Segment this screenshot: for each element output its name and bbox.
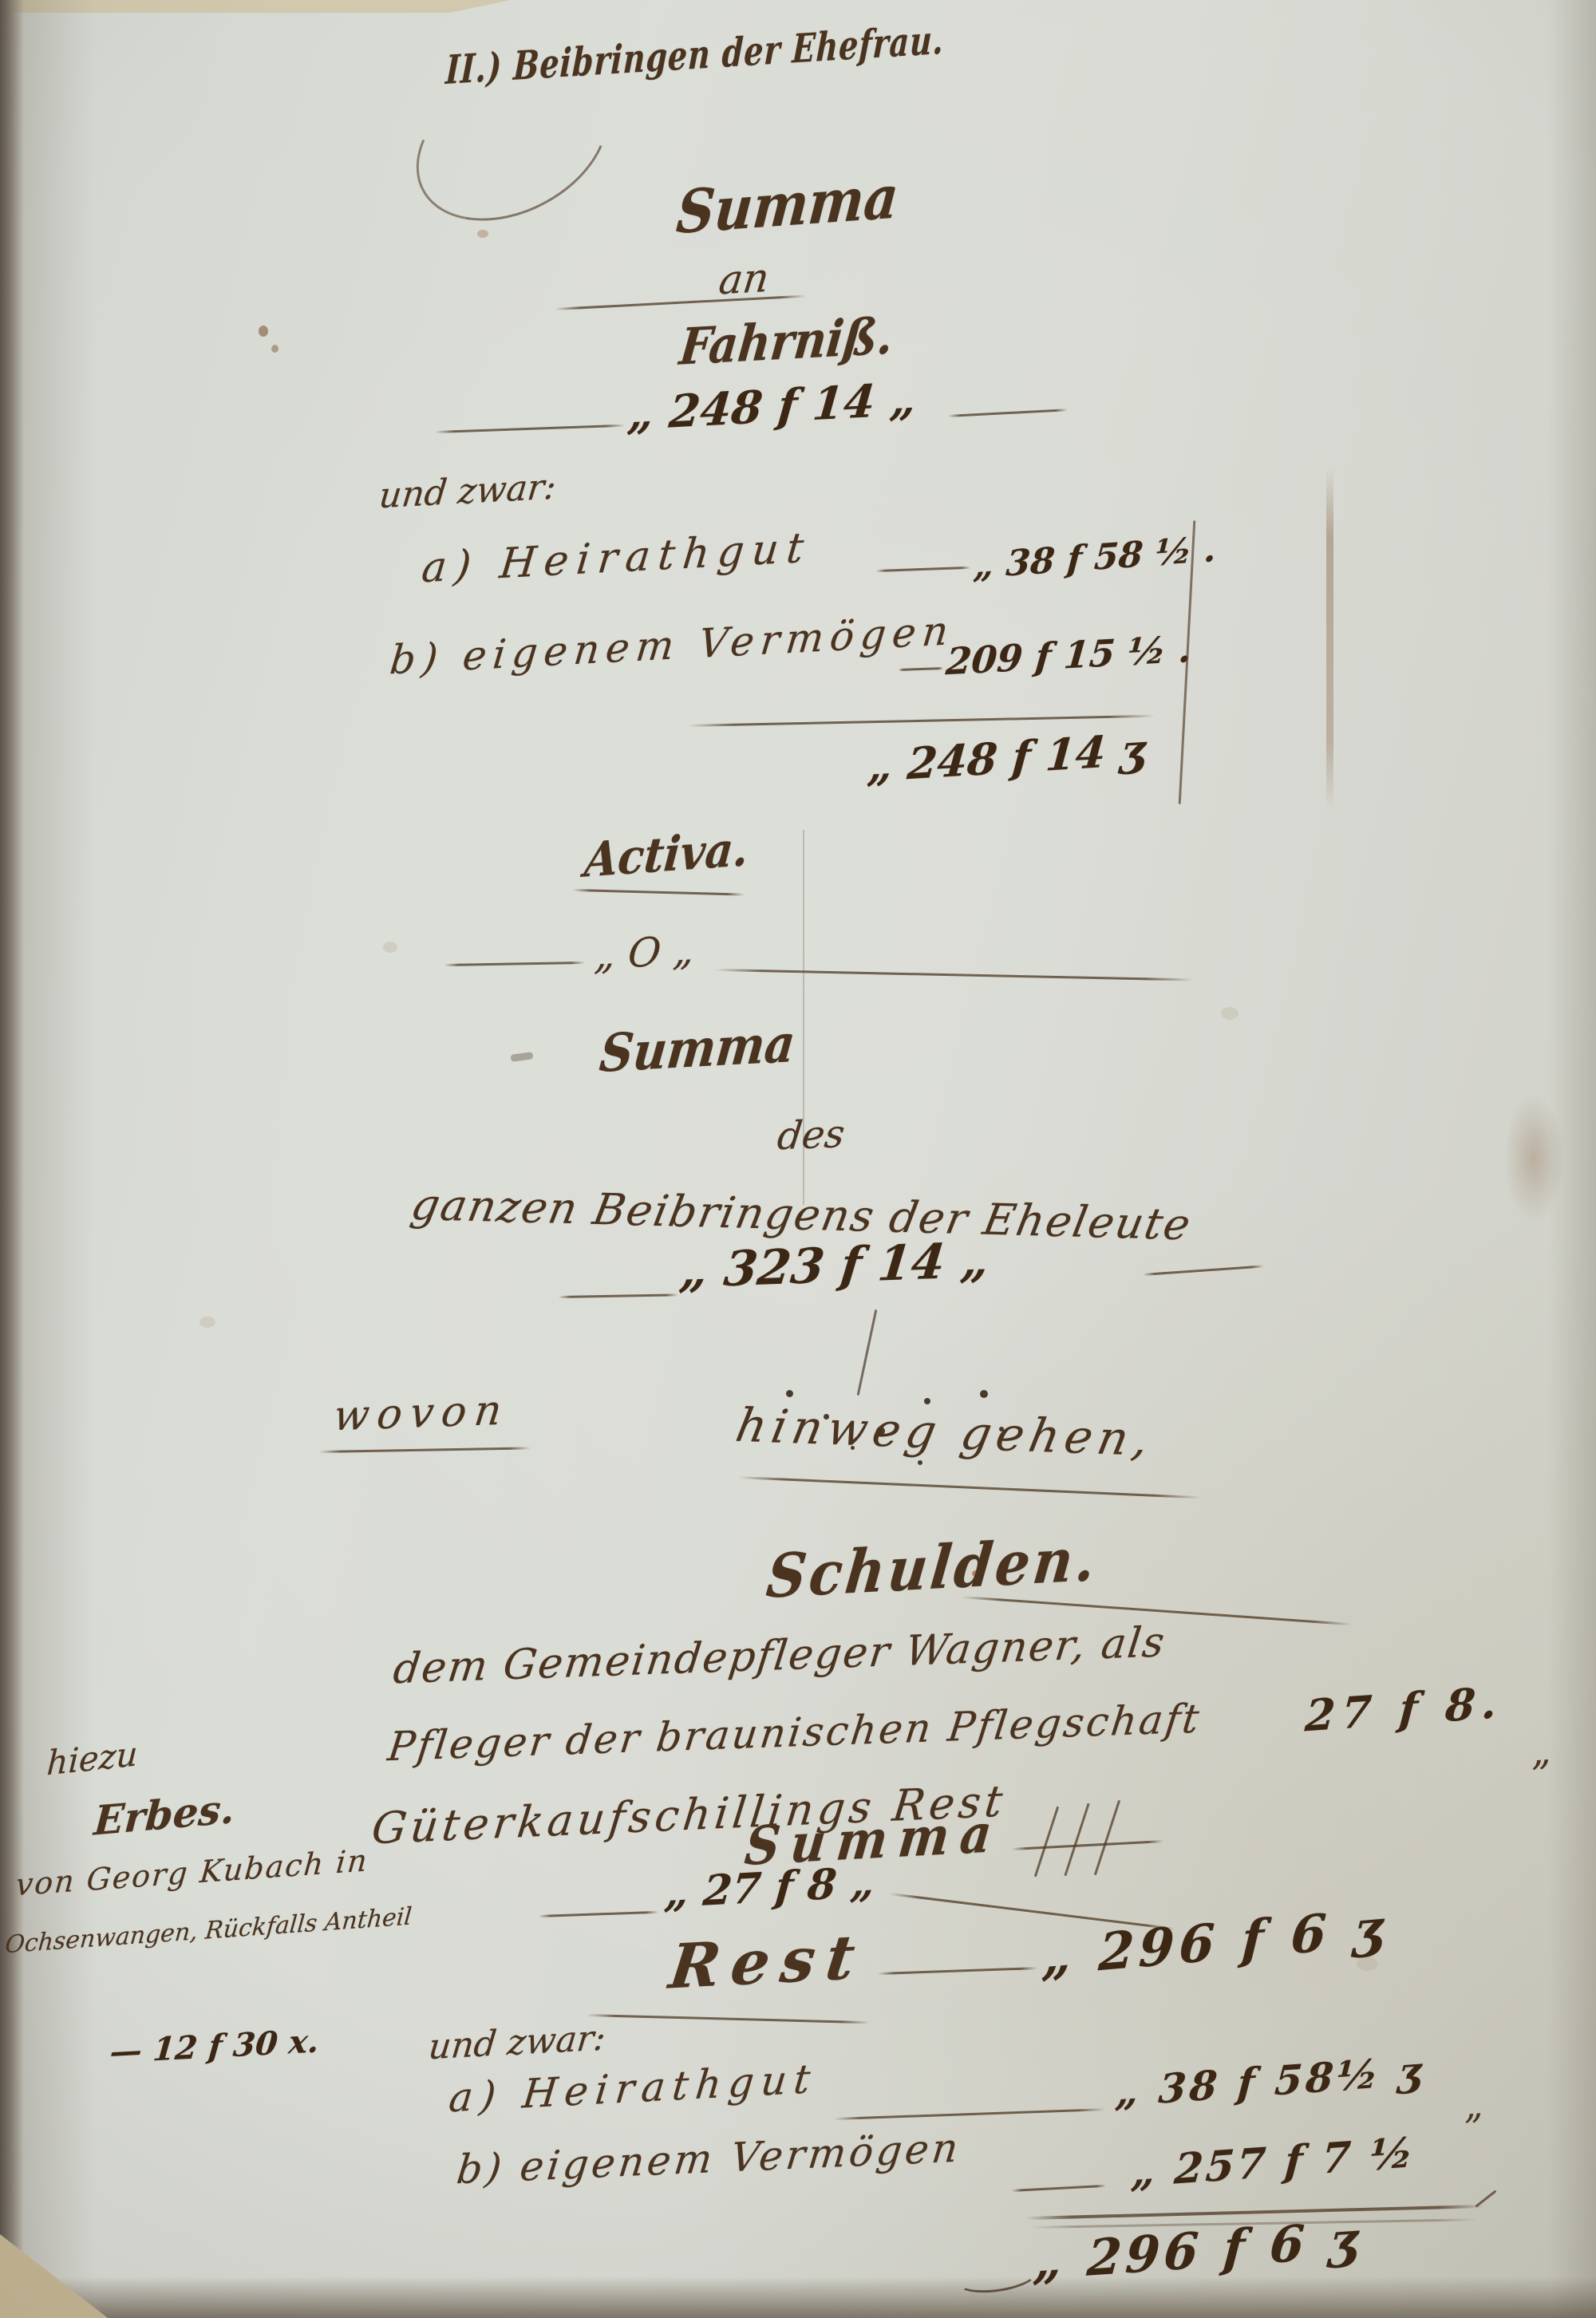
breakdown1-item-b-amount: 209 f 15 ½ .	[944, 627, 1193, 683]
ink-spatter	[786, 1390, 793, 1397]
foxing-spot	[383, 942, 397, 953]
schulden-dash	[1012, 1840, 1163, 1850]
book-gutter-shadow	[0, 0, 24, 2318]
breakdown2-item-b-label: b) eigenem Vermögen	[454, 2124, 963, 2193]
right-edge-shade	[1548, 0, 1596, 2318]
summa-schulden-dash-left	[539, 1911, 658, 1917]
schulden-line1: dem Gemeindepfleger Wagner, als	[391, 1618, 1169, 1693]
total-leading-swash	[954, 2257, 1039, 2297]
flourish-slash	[1064, 1803, 1089, 1876]
summa-schulden-amount: „ 27 f 8 „	[663, 1858, 877, 1917]
margin-note-line4: Ochsenwangen, Rückfalls Antheil	[4, 1902, 413, 1959]
gesamt-dash-right	[1143, 1265, 1264, 1276]
item-a-dash	[876, 567, 970, 572]
margin-note-line2: Erbes.	[93, 1785, 236, 1845]
item-b2-dash	[1012, 2185, 1106, 2192]
activa-amount: „ O „	[593, 926, 697, 978]
wovon-label: wovon	[331, 1386, 512, 1440]
breakdown1-total: „ 248 f 14 ʒ	[866, 724, 1147, 792]
item-a2-dash	[834, 2108, 1105, 2120]
ink-spatter	[924, 1398, 930, 1404]
bottom-shadow-strip	[0, 2277, 1596, 2318]
hinweg-label: hinweg gehen,	[732, 1398, 1159, 1467]
margin-note-line1: hiezu	[45, 1734, 138, 1783]
breakdown1-item-a-label: a) Heirathgut	[420, 523, 814, 592]
rest-label: Rest	[666, 1921, 870, 2003]
bottom-left-corner	[0, 2198, 108, 2318]
stain	[271, 345, 279, 353]
schulden-line2: Pfleger der braunischen Pflegschaft	[385, 1695, 1204, 1770]
gutter-soft-shadow	[0, 0, 96, 2318]
breakdown1-item-a-amount: „ 38 f 58 ½ .	[972, 529, 1217, 587]
item-b-dash	[899, 667, 943, 671]
breakdown2-item-b-amount: „ 257 f 7 ½	[1130, 2128, 1417, 2197]
ink-spatter	[918, 1460, 922, 1465]
amount-dash-right	[948, 409, 1068, 417]
schulden-amount: 27 f 8.	[1303, 1676, 1504, 1742]
schulden-title: Schulden.	[764, 1524, 1102, 1612]
summa-gesamt-amount: „ 323 f 14 „	[678, 1232, 992, 1299]
wovon-underline	[319, 1447, 531, 1453]
summa-fahrnis-category: Fahrniß.	[677, 306, 896, 377]
foxing-spot	[199, 1317, 215, 1328]
stain	[477, 230, 488, 238]
ink-spatter	[980, 1390, 988, 1398]
flourish-slash	[1094, 1800, 1120, 1875]
activa-underline	[573, 889, 745, 896]
rest-dash	[878, 1967, 1037, 1975]
breakdown1-item-b-label: b) eigenem Vermögen	[388, 607, 957, 683]
zero-dash-right	[715, 969, 1194, 981]
schulden-amount-ditto: „	[1529, 1728, 1552, 1775]
summa-fahrnis-connector: an	[717, 255, 772, 304]
summa-gesamt-des: des	[775, 1112, 847, 1159]
breakdown2-total: „ 296 f 6 ʒ	[1032, 2209, 1364, 2291]
smudge	[1504, 1095, 1564, 1222]
zero-dash-left	[444, 962, 585, 966]
breakdown2-item-a-ditto: „	[1462, 2083, 1484, 2127]
margin-note-line3: von Georg Kubach in	[14, 1842, 369, 1902]
summa-gesamt-title: Summa	[597, 1013, 798, 1084]
gesamt-dash-left	[559, 1293, 678, 1298]
stain	[259, 326, 268, 337]
manuscript-page: II.) Beibringen der Ehefrau. Summa an Fa…	[0, 0, 1596, 2318]
pencil-scribble	[511, 1052, 534, 1062]
photo-top-edge	[0, 0, 511, 13]
summa-fahrnis-title: Summa	[674, 162, 901, 248]
sum-rule-1	[688, 715, 1155, 727]
section-heading: II.) Beibringen der Ehefrau.	[444, 16, 945, 93]
summa-fahrnis-amount: „ 248 f 14 „	[626, 373, 918, 440]
breakdown1-intro: und zwar:	[377, 466, 559, 516]
breakdown2-item-a-label: a) Heirathgut	[447, 2055, 820, 2122]
ink-streak	[1326, 468, 1333, 811]
breakdown2-intro: und zwar:	[427, 2017, 608, 2067]
foxing-spot	[1221, 1007, 1238, 1020]
amount-dash-left	[435, 425, 625, 433]
rest-underline	[587, 2014, 870, 2024]
hinweg-underline	[738, 1476, 1201, 1499]
activa-title: Activa.	[583, 820, 751, 888]
breakdown2-item-a-amount: „ 38 f 58½ ʒ	[1114, 2047, 1426, 2115]
margin-note-line5: — 12 f 30 x.	[109, 2022, 321, 2071]
flourish-slash	[1034, 1807, 1059, 1877]
ink-drip	[857, 1309, 878, 1396]
flourish-rule	[555, 295, 806, 310]
rest-amount: „ 296 f 6 ʒ	[1041, 1897, 1389, 1988]
